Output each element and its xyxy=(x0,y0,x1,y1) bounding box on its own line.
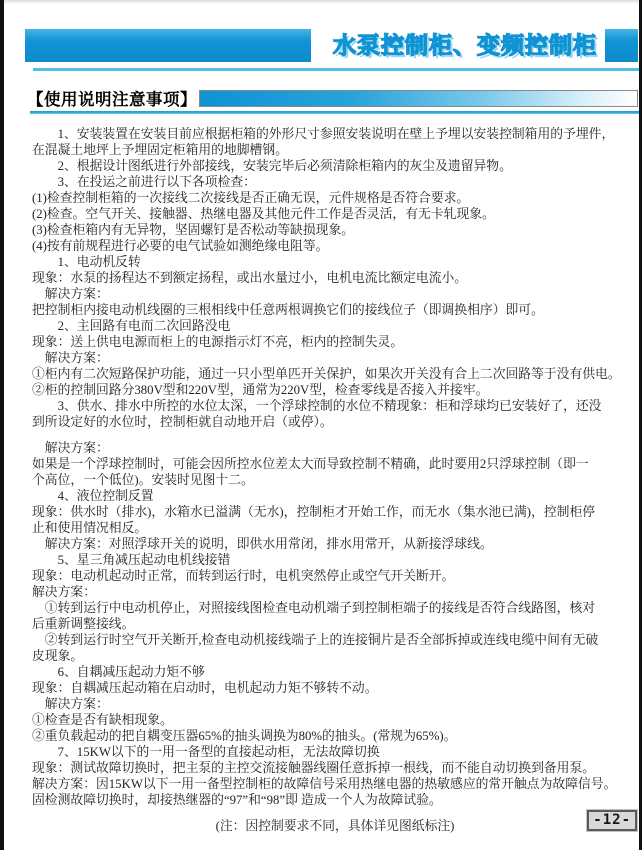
text-line: 解决方案： xyxy=(32,286,638,302)
text-line: ②重负载起动的把自耦变压器65%的抽头调换为80%的抽头。(常规为65%)。 xyxy=(32,728,638,744)
text-line: 把控制柜内接电动机线圈的三根相线中任意两根调换它们的接线位子（即调换相序）即可。 xyxy=(32,302,638,318)
text-line: (1)检查控制柜箱的一次接线二次接线是否正确无误，元件规格是否符合要求。 xyxy=(32,190,638,206)
section-gradient-bar xyxy=(199,90,638,107)
body-text: 1、安装装置在安装目前应根据柜箱的外形尺寸参照安装说明在壁上予埋以安装控制箱用的… xyxy=(32,126,638,834)
text-line: (注：因控制要求不同，具体详见图纸标注) xyxy=(32,818,638,834)
text-line: (4)按有前规程进行必要的电气试验如测绝缘电阻等。 xyxy=(32,238,638,254)
text-line: 现象：自耦减压起动箱在启动时，电机起动力矩不够转不动。 xyxy=(32,680,638,696)
scan-shade-top xyxy=(0,0,642,4)
text-line: 解决方案： xyxy=(32,696,638,712)
text-line: 3、在投运之前进行以下各项检查： xyxy=(32,174,638,190)
text-line: ①检查是否有缺相现象。 xyxy=(32,712,638,728)
text-line: 解决方案： xyxy=(32,584,638,600)
page-title: 水泵控制柜、变频控制柜 xyxy=(322,26,608,64)
text-line: ①转到运行中电动机停止，对照接线图检查电动机端子到控制柜端子的接线是否符合线路图… xyxy=(32,600,638,616)
text-line: 解决方案： xyxy=(32,350,638,366)
text-line: ②转到运行时空气开关断开,检查电动机接线端子上的连接铜片是否全部拆掉或连线电缆中… xyxy=(32,632,638,648)
text-line: 2、主回路有电而二次回路没电 xyxy=(32,318,638,334)
text-line: 解决方案： xyxy=(32,440,638,456)
text-line: 解决方案：因15KW以下一用一备型控制柜的故障信号采用热继电器的热敏感应的常开触… xyxy=(32,776,638,792)
text-line: 在混凝土地坪上予埋固定柜箱用的地脚槽钢。 xyxy=(32,142,638,158)
text-line: 1、安装装置在安装目前应根据柜箱的外形尺寸参照安装说明在壁上予埋以安装控制箱用的… xyxy=(32,126,638,142)
document-page: 水泵控制柜、变频控制柜 【使用说明注意事项】 1、安装装置在安装目前应根据柜箱的… xyxy=(0,0,642,850)
text-line: 1、电动机反转 xyxy=(32,254,638,270)
text-line: 现象：送上供电电源而柜上的电源指示灯不亮，柜内的控制失灵。 xyxy=(32,334,638,350)
header-blue-bar xyxy=(25,29,311,62)
text-line: 解决方案：对照浮球开关的说明，即供水用常闭，排水用常开，从新接浮球线。 xyxy=(32,536,638,552)
page-number-badge: -12- xyxy=(587,810,637,831)
text-line: 现象：测试故障切换时，把主泵的主控交流接触器线圈任意拆掉一根线，而不能自动切换到… xyxy=(32,760,638,776)
section-header: 【使用说明注意事项】 xyxy=(27,88,638,108)
text-line: 到所设定好的水位时，控制柜就自动地开启（或停）。 xyxy=(32,414,638,430)
text-line: ②柜的控制回路分380V型和220V型，通常为220V型，检查零线是否接入并接牢… xyxy=(32,382,638,398)
text-line: 现象：电动机起动时正常，而转到运行时，电机突然停止或空气开关断开。 xyxy=(32,568,638,584)
text-line: 3、供水、排水中所控的水位太深，一个浮球控制的水位不精现象：柜和浮球均已安装好了… xyxy=(32,398,638,414)
text-line: 5、星三角减压起动电机线接错 xyxy=(32,552,638,568)
header-underline xyxy=(33,68,639,71)
text-line: 止和使用情况相反。 xyxy=(32,520,638,536)
header-blue-square xyxy=(605,29,638,62)
scan-edge-left xyxy=(0,0,4,850)
text-line: 皮现象。 xyxy=(32,648,638,664)
text-line: 2、根据设计图纸进行外部接线，安装完毕后必须清除柜箱内的灰尘及遗留异物。 xyxy=(32,158,638,174)
text-line: ①柜内有二次短路保护功能，通过一只小型单匹开关保护，如果次开关没有合上二次回路等… xyxy=(32,366,638,382)
text-line: 固检测故障切换时，却接热继器的“97”和“98”即 造成一个人为故障试验。 xyxy=(32,792,638,808)
text-line: (2)检查。空气开关、接触器、热继电器及其他元件工作是否灵活，有无卡轧现象。 xyxy=(32,206,638,222)
section-title: 【使用说明注意事项】 xyxy=(27,86,197,110)
text-line: 现象：水泵的扬程达不到额定扬程，或出水量过小，电机电流比额定电流小。 xyxy=(32,270,638,286)
text-line: 现象：供水时（排水)，水箱水已溢满（无水)，控制柜才开始工作，而无水（集水池已满… xyxy=(32,504,638,520)
text-line: 6、自耦减压起动力矩不够 xyxy=(32,664,638,680)
section-underline xyxy=(30,111,639,114)
text-line: 4、液位控制反置 xyxy=(32,488,638,504)
text-line: 如果是一个浮球控制时，可能会因所控水位差太大而导致控制不精确，此时要用2只浮球控… xyxy=(32,456,638,472)
page-header: 水泵控制柜、变频控制柜 xyxy=(0,29,642,62)
text-line: (3)检查柜箱内有无异物，坚固螺钉是否松动等缺损现象。 xyxy=(32,222,638,238)
text-line: 7、15KW以下的一用一备型的直接起动柜，无法故障切换 xyxy=(32,744,638,760)
text-line: 个高位，一个低位)。安装时见图十二。 xyxy=(32,472,638,488)
text-line: 后重新调整接线。 xyxy=(32,616,638,632)
